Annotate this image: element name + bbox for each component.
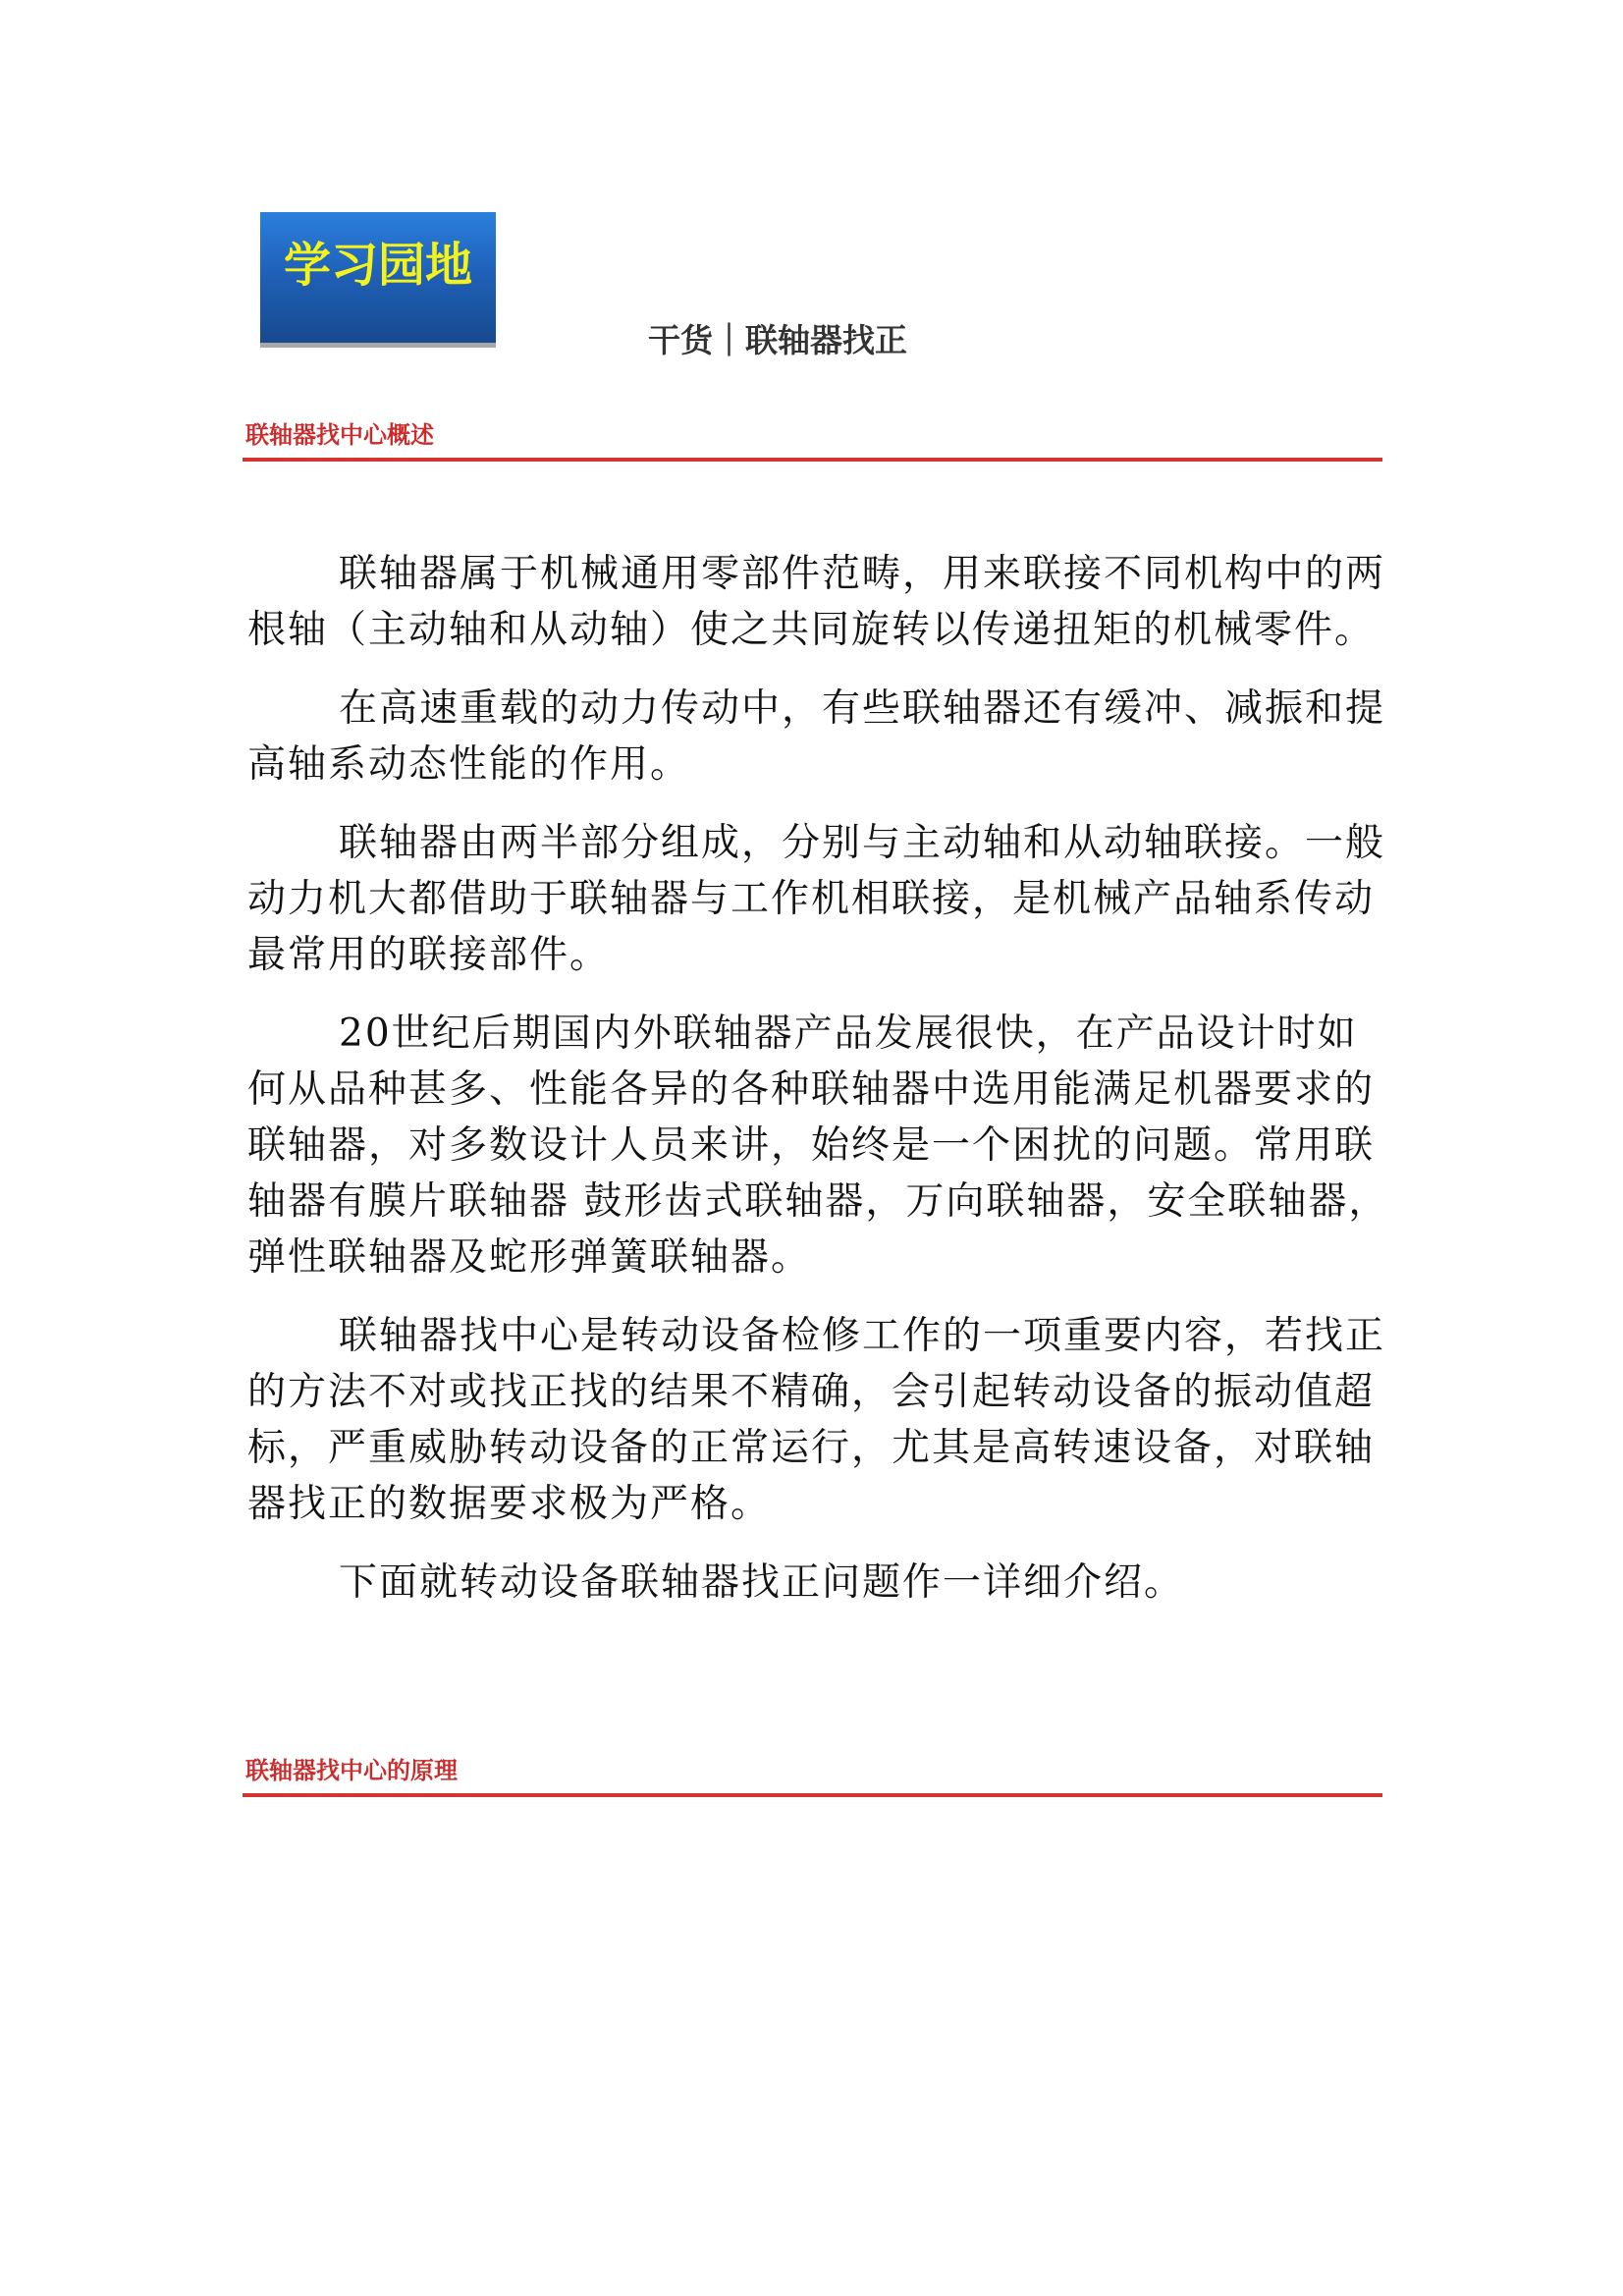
paragraph: 联轴器由两半部分组成，分别与主动轴和从动轴联接。一般动力机大都借助于联轴器与工作…	[247, 815, 1396, 983]
section-banner: 学习园地	[260, 212, 496, 343]
document-title: 干货｜联轴器找正	[648, 317, 1001, 364]
paragraph: 在高速重载的动力传动中，有些联轴器还有缓冲、减振和提高轴系动态性能的作用。	[247, 681, 1396, 793]
section-divider	[243, 1793, 1382, 1797]
section-heading-principle: 联轴器找中心的原理	[245, 1756, 1384, 1785]
banner-label: 学习园地	[260, 238, 496, 293]
paragraph: 下面就转动设备联轴器找正问题作一详细介绍。	[247, 1555, 1396, 1611]
section-heading-overview: 联轴器找中心概述	[245, 420, 1384, 450]
paragraph: 20世纪后期国内外联轴器产品发展很快，在产品设计时如何从品种甚多、性能各异的各种…	[247, 1006, 1396, 1285]
section-body-overview: 联轴器属于机械通用零部件范畴，用来联接不同机构中的两根轴（主动轴和从动轴）使之共…	[247, 546, 1396, 1611]
section-divider	[243, 458, 1382, 462]
paragraph: 联轴器找中心是转动设备检修工作的一项重要内容，若找正的方法不对或找正找的结果不精…	[247, 1308, 1396, 1532]
paragraph: 联轴器属于机械通用零部件范畴，用来联接不同机构中的两根轴（主动轴和从动轴）使之共…	[247, 546, 1396, 658]
